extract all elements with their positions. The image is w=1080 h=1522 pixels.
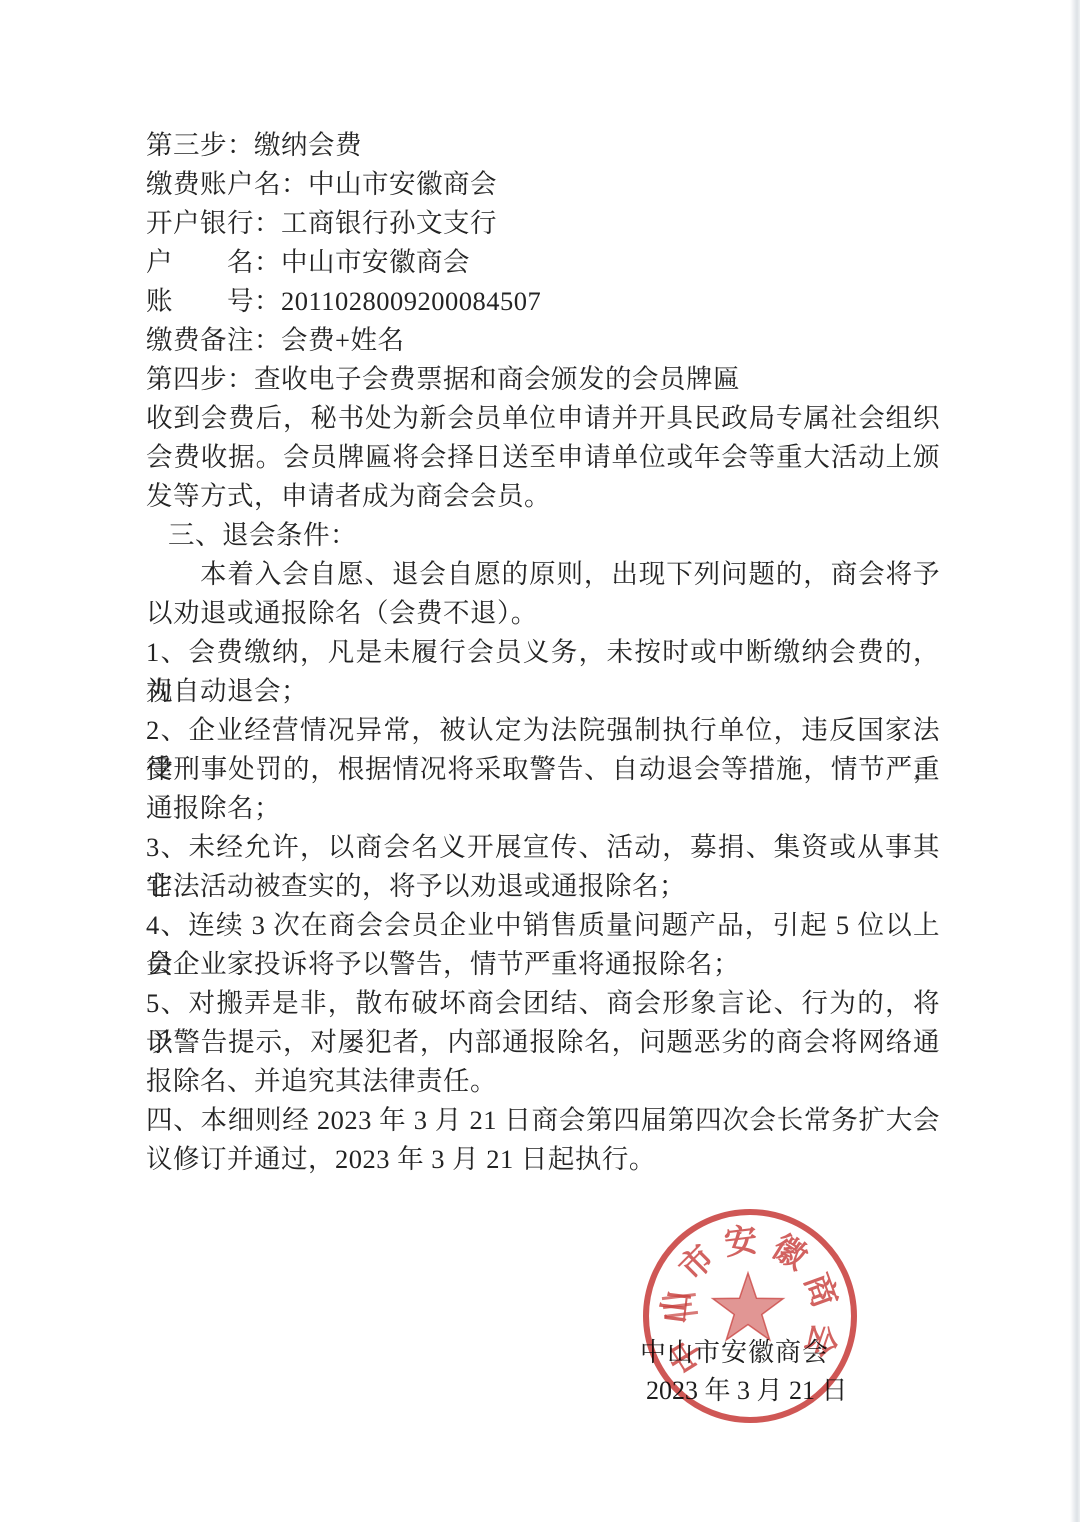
seal-star-icon	[713, 1273, 783, 1340]
scanner-edge-shadow	[1070, 0, 1080, 1522]
text-line: 缴费账户名：中山市安徽商会	[146, 165, 940, 204]
text-line: 4、连续 3 次在商会会员企业中销售质量问题产品，引起 5 位以上会	[146, 906, 940, 945]
text-line: 四、本细则经 2023 年 3 月 21 日商会第四届第四次会长常务扩大会	[146, 1101, 940, 1140]
text-line: 缴费备注：会费+姓名	[146, 321, 940, 360]
text-line: 以警告提示，对屡犯者，内部通报除名，问题恶劣的商会将网络通	[146, 1023, 940, 1062]
svg-text:山: 山	[657, 1288, 697, 1325]
text-line: 1、会费缴纳，凡是未履行会员义务，未按时或中断缴纳会费的，视	[146, 633, 940, 672]
text-line: 发等方式，申请者成为商会会员。	[146, 477, 940, 516]
text-line: 三、退会条件：	[146, 516, 940, 555]
text-line: 以劝退或通报除名（会费不退）。	[146, 594, 940, 633]
text-line: 会费收据。会员牌匾将会择日送至申请单位或年会等重大活动上颁	[146, 438, 940, 477]
document-page: 第三步：缴纳会费缴费账户名：中山市安徽商会开户银行：工商银行孙文支行户 名：中山…	[0, 0, 1080, 1522]
text-line: 为自动退会；	[146, 672, 940, 711]
text-line: 第四步：查收电子会费票据和商会颁发的会员牌匾	[146, 360, 940, 399]
text-line: 2、企业经营情况异常，被认定为法院强制执行单位，违反国家法律，	[146, 711, 940, 750]
svg-text:徽: 徽	[766, 1228, 814, 1277]
svg-text:市: 市	[673, 1239, 722, 1288]
text-line: 员企业家投诉将予以警告，情节严重将通报除名；	[146, 945, 940, 984]
signature-block: 中山市安徽商会 2023 年 3 月 21 日	[640, 1334, 848, 1410]
text-line: 3、未经允许，以商会名义开展宣传、活动，募捐、集资或从事其它	[146, 828, 940, 867]
text-line: 第三步：缴纳会费	[146, 126, 940, 165]
text-line: 开户银行：工商银行孙文支行	[146, 204, 940, 243]
text-line: 账 号：2011028009200084507	[146, 282, 940, 321]
text-line: 5、对搬弄是非，散布破坏商会团结、商会形象言论、行为的，将予	[146, 984, 940, 1023]
text-line: 受刑事处罚的，根据情况将采取警告、自动退会等措施，情节严重	[146, 750, 940, 789]
text-line: 非法活动被查实的，将予以劝退或通报除名；	[146, 867, 940, 906]
signature-org-name: 中山市安徽商会	[640, 1334, 848, 1372]
text-line: 通报除名；	[146, 789, 940, 828]
text-line: 本着入会自愿、退会自愿的原则，出现下列问题的，商会将予	[146, 555, 940, 594]
seal-micro-text	[662, 1293, 698, 1318]
signature-date: 2023 年 3 月 21 日	[640, 1372, 848, 1410]
text-line: 户 名：中山市安徽商会	[146, 243, 940, 282]
document-body: 第三步：缴纳会费缴费账户名：中山市安徽商会开户银行：工商银行孙文支行户 名：中山…	[146, 126, 940, 1179]
text-line: 收到会费后，秘书处为新会员单位申请并开具民政局专属社会组织	[146, 399, 940, 438]
svg-text:商: 商	[797, 1269, 843, 1313]
text-line: 议修订并通过，2023 年 3 月 21 日起执行。	[146, 1140, 940, 1179]
text-line: 报除名、并追究其法律责任。	[146, 1062, 940, 1101]
svg-text:安: 安	[722, 1222, 759, 1263]
